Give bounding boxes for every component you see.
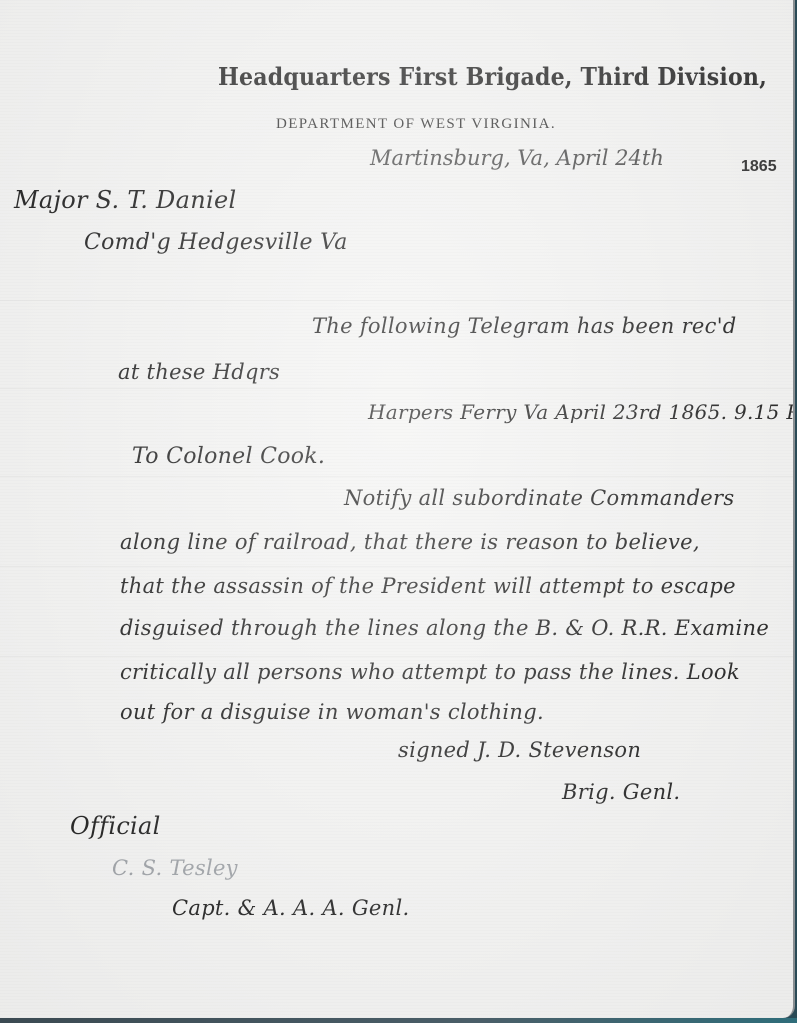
letterhead-place-date: Martinsburg, Va, April 24th xyxy=(370,146,664,170)
telegram-salutation: To Colonel Cook. xyxy=(132,444,325,469)
ruling-line xyxy=(0,566,793,567)
document-page: Headquarters First Brigade, Third Divisi… xyxy=(0,0,795,1018)
ruling-line xyxy=(0,300,793,301)
window-bottom-edge xyxy=(0,1018,797,1023)
telegram-header: Harpers Ferry Va April 23rd 1865. 9.15 P… xyxy=(368,400,795,424)
addressee-command: Comd'g Hedgesville Va xyxy=(84,230,348,255)
letterhead-department: DEPARTMENT OF WEST VIRGINIA. xyxy=(276,116,556,133)
addressee-name: Major S. T. Daniel xyxy=(14,186,236,214)
telegram-body-line: critically all persons who attempt to pa… xyxy=(120,660,740,684)
telegram-body-line: disguised through the lines along the B.… xyxy=(120,616,769,640)
official-signer-title: Capt. & A. A. A. Genl. xyxy=(172,896,409,920)
letterhead-title: Headquarters First Brigade, Third Divisi… xyxy=(218,62,767,91)
intro-line-2: at these Hdqrs xyxy=(118,360,280,384)
intro-line-1: The following Telegram has been rec'd xyxy=(312,314,737,338)
ruling-line xyxy=(0,476,793,477)
telegram-signature: signed J. D. Stevenson xyxy=(398,738,641,762)
ruling-line xyxy=(0,656,793,657)
telegram-signer-rank: Brig. Genl. xyxy=(562,780,680,804)
telegram-body-line: along line of railroad, that there is re… xyxy=(120,530,700,554)
official-signer: C. S. Tesley xyxy=(112,856,238,880)
telegram-body-line: out for a disguise in woman's clothing. xyxy=(120,700,544,724)
official-label: Official xyxy=(70,812,161,840)
telegram-body-line: that the assassin of the President will … xyxy=(120,574,736,598)
letterhead-year: 1865 xyxy=(741,158,777,176)
ruling-line xyxy=(0,388,793,389)
telegram-body-line: Notify all subordinate Commanders xyxy=(344,486,734,510)
